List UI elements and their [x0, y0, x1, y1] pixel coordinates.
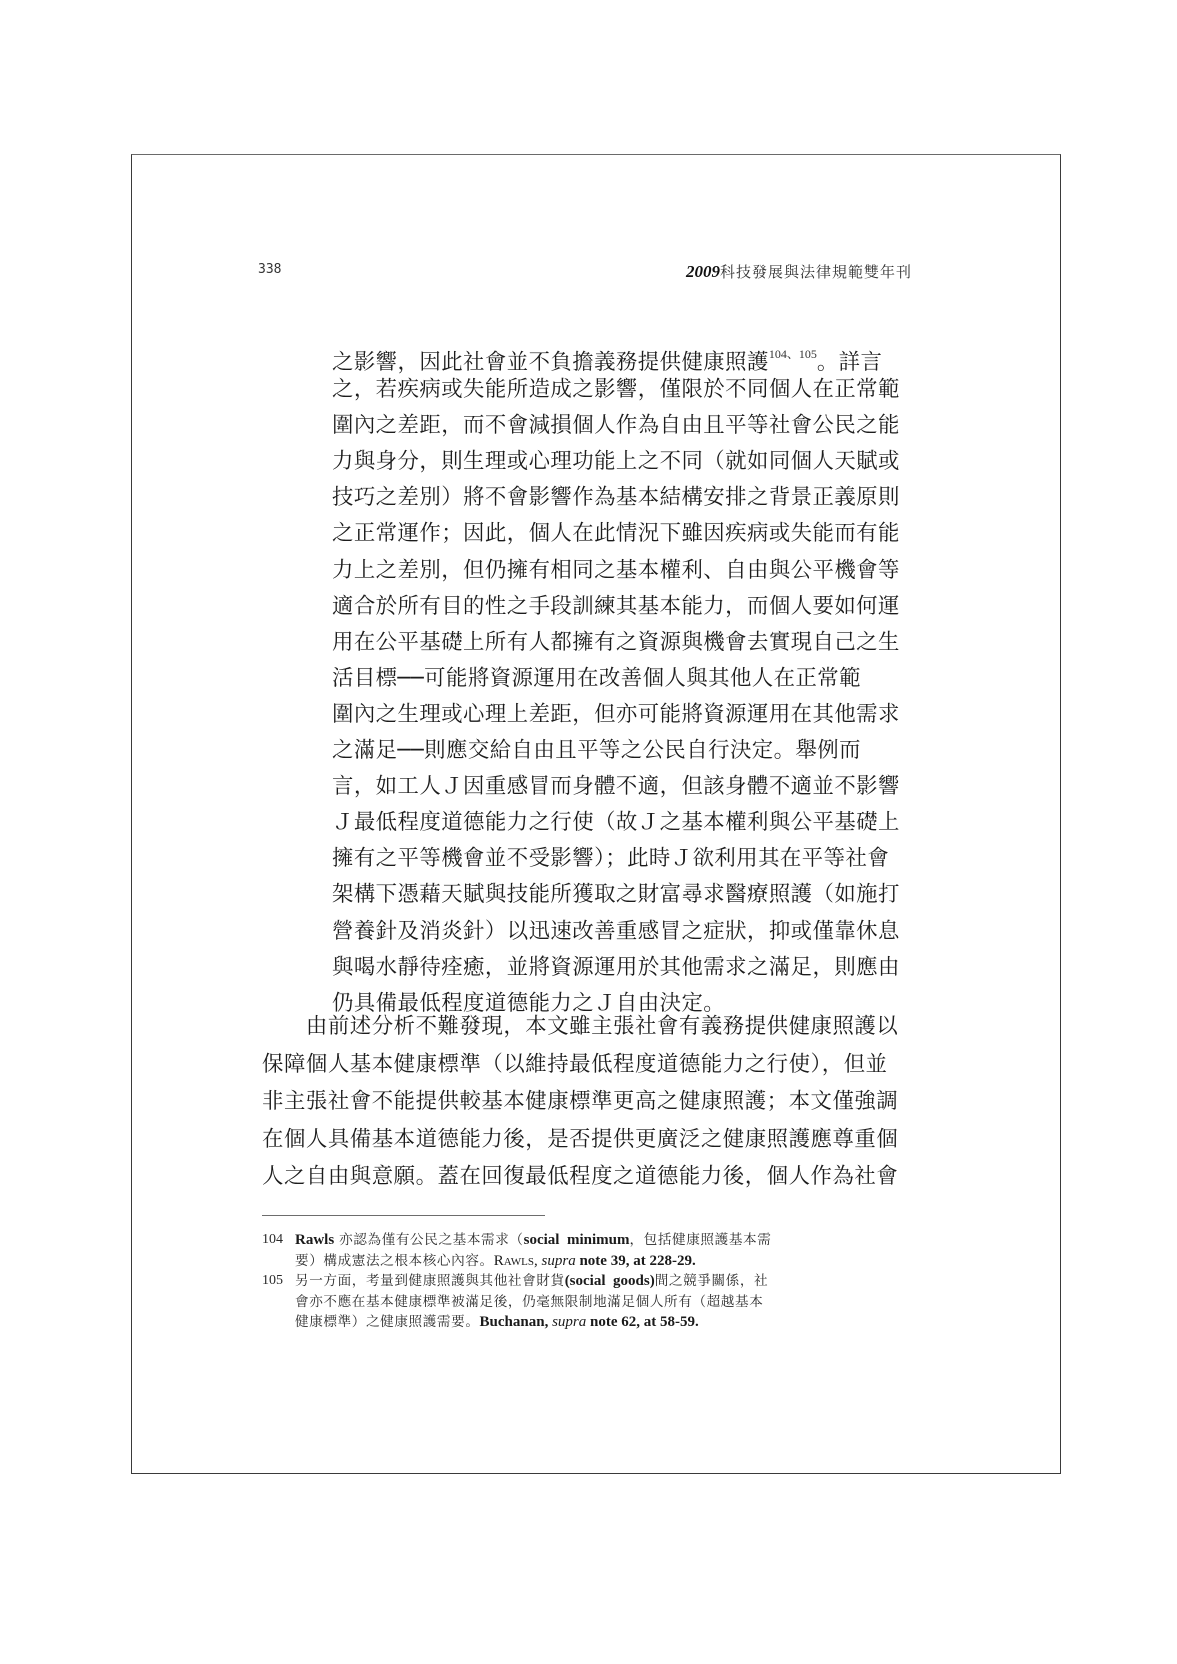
text-segment: 要）構成憲法之根本核心內容。 — [295, 1253, 494, 1269]
citation-signal: supra — [552, 1314, 586, 1330]
journal-year: 2009 — [686, 262, 720, 281]
citation-detail: note 39, at 228-29. — [576, 1253, 696, 1269]
text-line: 之影響，因此社會並不負擔義務提供健康照護104、105。詳言 — [332, 336, 914, 372]
footnotes: 104 Rawls 亦認為僅有公民之基本需求（social minimum，包括… — [262, 1230, 914, 1333]
latin-term: (social goods) — [565, 1273, 655, 1289]
page-number: 338 — [258, 262, 281, 277]
footnote-line: 另一方面，考量到健康照護與其他社會財貨(social goods)間之競爭關係，… — [295, 1271, 914, 1292]
author-name: Rawls — [295, 1232, 334, 1248]
text-line: 圍內之生理或心理上差距，但亦可能將資源運用在其他需求 — [332, 697, 914, 733]
text-line: 非主張社會不能提供較基本健康標準更高之健康照護；本文僅強調 — [262, 1083, 914, 1121]
footnote-line: 會亦不應在基本健康標準被滿足後，仍毫無限制地滿足個人所有（超越基本 — [295, 1292, 914, 1313]
text-segment: 另一方面，考量到健康照護與其他社會財貨 — [295, 1273, 565, 1289]
text-line: 由前述分析不難發現，本文雖主張社會有義務提供健康照護以 — [262, 1008, 914, 1046]
text-line: 與喝水靜待痊癒，並將資源運用於其他需求之滿足，則應由 — [332, 950, 914, 986]
text-segment: 亦認為僅有公民之基本需求（ — [334, 1232, 523, 1248]
citation-signal: supra — [542, 1253, 576, 1269]
text-line: 力上之差別，但仍擁有相同之基本權利、自由與公平機會等 — [332, 553, 914, 589]
body-paragraph: 由前述分析不難發現，本文雖主張社會有義務提供健康照護以 保障個人基本健康標準（以… — [262, 1008, 914, 1196]
journal-title: 科技發展與法律規範雙年刊 — [720, 263, 912, 281]
text-line: 架構下憑藉天賦與技能所獲取之財富尋求醫療照護（如施打 — [332, 877, 914, 913]
text-segment: 健康標準）之健康照護需要。 — [295, 1314, 480, 1330]
text-segment: ，包括健康照護基本需 — [629, 1232, 771, 1248]
footnote-line: 要）構成憲法之根本核心內容。Rawls, supra note 39, at 2… — [295, 1251, 914, 1272]
text-line: 之滿足──則應交給自由且平等之公民自行決定。舉例而 — [332, 733, 914, 769]
text-line: 圍內之差距，而不會減損個人作為自由且平等社會公民之能 — [332, 408, 914, 444]
text-line: 擁有之平等機會並不受影響）；此時Ｊ欲利用其在平等社會 — [332, 841, 914, 877]
text-line: 人之自由與意願。蓋在回復最低程度之道德能力後，個人作為社會 — [262, 1158, 914, 1196]
footnote-number: 105 — [262, 1271, 283, 1292]
text-line: 適合於所有目的性之手段訓練其基本能力，而個人要如何運 — [332, 589, 914, 625]
text-line: 技巧之差別）將不會影響作為基本結構安排之背景正義原則 — [332, 480, 914, 516]
footnote-105: 105 另一方面，考量到健康照護與其他社會財貨(social goods)間之競… — [262, 1271, 914, 1333]
citation-detail: note 62, at 58-59. — [586, 1314, 699, 1330]
text-line: 力與身分，則生理或心理功能上之不同（就如同個人天賦或 — [332, 444, 914, 480]
text-line: 活目標──可能將資源運用在改善個人與其他人在正常範 — [332, 661, 914, 697]
text-line: 言，如工人Ｊ因重感冒而身體不適，但該身體不適並不影響 — [332, 769, 914, 805]
text-line: 在個人具備基本道德能力後，是否提供更廣泛之健康照護應尊重個 — [262, 1121, 914, 1159]
footnote-number: 104 — [262, 1230, 283, 1251]
footnote-104: 104 Rawls 亦認為僅有公民之基本需求（social minimum，包括… — [262, 1230, 914, 1271]
citation-author: Rawls — [494, 1253, 534, 1269]
text-line: 之正常運作；因此，個人在此情況下雖因疾病或失能而有能 — [332, 516, 914, 552]
text-line: 用在公平基礎上所有人都擁有之資源與機會去實現自己之生 — [332, 625, 914, 661]
block-quote: 之影響，因此社會並不負擔義務提供健康照護104、105。詳言 之，若疾病或失能所… — [332, 336, 914, 1022]
footnote-line: 健康標準）之健康照護需要。Buchanan, supra note 62, at… — [295, 1312, 914, 1333]
text-line: Ｊ最低程度道德能力之行使（故Ｊ之基本權利與公平基礎上 — [332, 805, 914, 841]
text-line: 營養針及消炎針）以迅速改善重感冒之症狀，抑或僅靠休息 — [332, 914, 914, 950]
text-line: 之，若疾病或失能所造成之影響，僅限於不同個人在正常範 — [332, 372, 914, 408]
citation-author: Buchanan, — [480, 1314, 549, 1330]
text-segment: 間之競爭關係，社 — [655, 1273, 769, 1289]
footnote-reference[interactable]: 104、105 — [769, 347, 817, 361]
text-line: 保障個人基本健康標準（以維持最低程度道德能力之行使），但並 — [262, 1046, 914, 1084]
citation-comma: , — [534, 1253, 542, 1269]
footnote-separator — [262, 1215, 545, 1216]
latin-term: social minimum — [524, 1232, 630, 1248]
footnote-line: Rawls 亦認為僅有公民之基本需求（social minimum，包括健康照護… — [295, 1230, 914, 1251]
running-head: 2009科技發展與法律規範雙年刊 — [686, 261, 912, 282]
